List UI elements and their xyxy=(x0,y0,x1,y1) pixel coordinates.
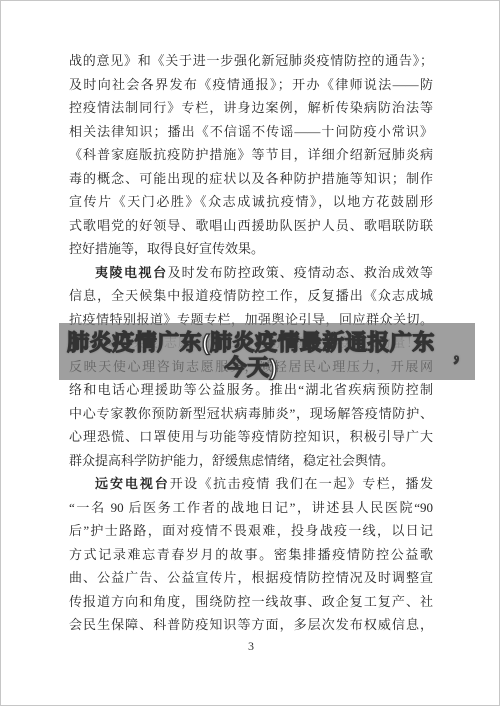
overlay-title-line2: 今天) xyxy=(1,355,500,380)
document-line: 后”护士路路，面对疫情不畏艰难，投身战疫一线，以日记 xyxy=(69,519,433,543)
document-line: 控好措施等，取得良好宣传效果。 xyxy=(69,237,433,261)
station-name: 远安电视台 xyxy=(95,476,170,491)
document-line: 远安电视台开设《抗击疫情 我们在一起》专栏，播发 xyxy=(69,472,433,496)
document-line: “一名 90 后医务工作者的战地日记”，讲述县人民医院“90 xyxy=(69,496,433,520)
document-line: 方式记录难忘青春岁月的故事。密集排播疫情防控公益歌 xyxy=(69,543,433,567)
document-line: 信息，全天候集中报道疫情防控工作，反复播出《众志成城 xyxy=(69,284,433,308)
document-line: 群众提高科学防护能力，舒缓焦虑情绪，稳定社会舆情。 xyxy=(69,449,433,473)
document-line: 心理恐慌、口罩使用与功能等疫情防控知识，积极引导广大 xyxy=(69,425,433,449)
document-line: 战的意见》和《关于进一步强化新冠肺炎疫情防控的通告》； xyxy=(69,49,433,73)
document-line: 传报道方向和角度，围绕防控一线故事、政企复工复产、社 xyxy=(69,590,433,614)
document-line: 夷陵电视台及时发布防控政策、疫情动态、救治成效等 xyxy=(69,261,433,285)
document-line: 式歌唱党的好领导、歌唱山西援助队医护人员、歌唱联防联 xyxy=(69,214,433,238)
station-name: 夷陵电视台 xyxy=(95,265,168,280)
document-line: 毒的概念、可能出现的症状以及各种防护措施等知识；制作 xyxy=(69,167,433,191)
document-page: 战的意见》和《关于进一步强化新冠肺炎疫情防控的通告》；及时向社会各界发布《疫情通… xyxy=(0,0,500,706)
document-line: 络和电话心理援助等公益服务。推出“湖北省疾病预防控制 xyxy=(69,378,433,402)
document-line: 中心专家教你预防新型冠状病毒肺炎”，现场解答疫情防护、 xyxy=(69,402,433,426)
document-line: 相关法律知识；播出《不信谣不传谣——十问防疫小常识》 xyxy=(69,120,433,144)
title-stray-comma: ， xyxy=(453,335,475,366)
overlay-title-line1: 肺炎疫情广东(肺炎疫情最新通报广东 xyxy=(1,330,500,355)
page-number: 3 xyxy=(1,639,500,654)
document-line: 会民生保障、科普防疫知识等方面，多层次发布权威信息， xyxy=(69,613,433,637)
document-line: 宣传片《天门必胜》《众志成诚抗疫情》，以地方花鼓剧形 xyxy=(69,190,433,214)
document-line: 控疫情法制同行》专栏，讲身边案例，解析传染病防治法等 xyxy=(69,96,433,120)
overlay-title: 肺炎疫情广东(肺炎疫情最新通报广东 今天) xyxy=(1,330,500,380)
document-line: 及时向社会各界发布《疫情通报》；开办《律师说法——防 xyxy=(69,73,433,97)
document-line: 曲、公益广告、公益宣传片，根据疫情防控情况及时调整宣 xyxy=(69,566,433,590)
document-line: 《科普家庭版抗疫防护措施》等节目，详细介绍新冠肺炎病 xyxy=(69,143,433,167)
